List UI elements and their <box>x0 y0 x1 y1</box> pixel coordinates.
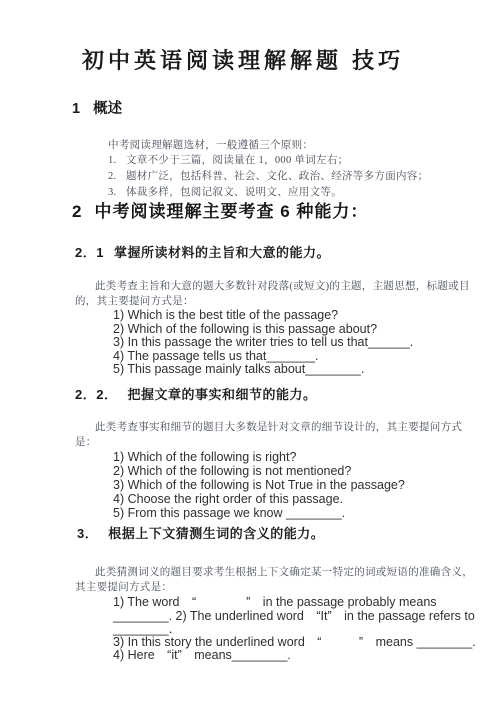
document-page: 初中英语阅读理解解题 技巧 1 概述 中考阅读理解题选材，一般遵循三个原则： 1… <box>0 0 500 707</box>
section-2-2-heading: 2．2． 把握文章的事实和细节的能力。 <box>75 387 480 403</box>
question-line: 4) The passage tells us that_______. <box>113 350 480 364</box>
section-3-question-list: 1) The word “ ” in the passage probably … <box>113 595 480 662</box>
section-3-number: 3． <box>77 526 98 542</box>
section-2-2-number: 2．2． <box>75 387 117 403</box>
question-line: 4) Choose the right order of this passag… <box>113 492 480 506</box>
question-line: 1) Which is the best title of the passag… <box>113 309 480 323</box>
section-2-2-title: 把握文章的事实和细节的能力。 <box>127 387 316 403</box>
section-2-1-number: 2．1 <box>75 245 104 261</box>
question-line: ________. 2) The underlined word “It” in… <box>113 609 480 623</box>
question-line: 3) Which of the following is Not True in… <box>113 478 480 492</box>
section-2-1-question-list: 1) Which is the best title of the passag… <box>113 309 480 377</box>
section-3-heading: 3． 根据上下文猜测生词的含义的能力。 <box>77 526 480 542</box>
section-2-1-title: 掌握所读材料的主旨和大意的能力。 <box>114 245 330 261</box>
list-item-number: 2. <box>108 169 126 185</box>
section-2-2-paragraph: 此类考查事实和细节的题目大多数是针对文章的细节设计的，其主要提问方式是： <box>75 420 481 450</box>
document-title: 初中英语阅读理解解题 技巧 <box>72 46 480 76</box>
list-item-text: 文章不少于三篇，阅读量在 1，000 单词左右； <box>126 153 348 169</box>
section-2-1-heading: 2．1 掌握所读材料的主旨和大意的能力。 <box>75 245 480 261</box>
section-1-intro: 中考阅读理解题选材，一般遵循三个原则： <box>108 138 480 153</box>
question-line: 3) In this story the underlined word “ ”… <box>113 636 480 649</box>
question-line: 1) Which of the following is right? <box>113 450 480 464</box>
section-1-heading: 1 概述 <box>72 99 480 119</box>
question-line: 3) In this passage the writer tries to t… <box>113 336 480 350</box>
list-item-number: 3. <box>108 185 126 201</box>
selection-principles-list: 1. 文章不少于三篇，阅读量在 1，000 单词左右； 2. 题材广泛，包括科普… <box>108 153 480 201</box>
list-item: 2. 题材广泛，包括科普、社会、文化、政治、经济等多方面内容； <box>108 169 480 185</box>
question-line: 2) Which of the following is this passag… <box>113 323 480 337</box>
section-3-paragraph: 此类猜测词义的题目要求考生根据上下文确定某一特定的词或短语的准确含义，其主要提问… <box>75 565 481 595</box>
question-line: 1) The word “ ” in the passage probably … <box>113 595 480 609</box>
list-item-number: 1. <box>108 153 126 169</box>
section-2-1-paragraph: 此类考查主旨和大意的题大多数针对段落(或短文)的主题，主题思想，标题或目的，其主… <box>75 279 481 309</box>
list-item-text: 体裁多样，包阅记叙文、说明文、应用文等。 <box>126 185 342 201</box>
section-2-number: 2 <box>72 201 82 223</box>
question-line: 2) Which of the following is not mention… <box>113 464 480 478</box>
list-item: 3. 体裁多样，包阅记叙文、说明文、应用文等。 <box>108 185 480 201</box>
question-line: 5) This passage mainly talks about______… <box>113 363 480 377</box>
section-3-title: 根据上下文猜测生词的含义的能力。 <box>108 526 324 542</box>
list-item-text: 题材广泛，包括科普、社会、文化、政治、经济等多方面内容； <box>126 169 428 185</box>
question-line: ________． <box>113 623 480 636</box>
section-1-number: 1 <box>72 99 80 119</box>
section-2-title: 中考阅读理解主要考查 6 种能力： <box>94 201 368 223</box>
question-line: 4) Here “it” means________. <box>113 649 480 662</box>
section-2-2-question-list: 1) Which of the following is right? 2) W… <box>113 450 480 520</box>
section-1-title: 概述 <box>93 99 122 119</box>
list-item: 1. 文章不少于三篇，阅读量在 1，000 单词左右； <box>108 153 480 169</box>
section-2-heading: 2 中考阅读理解主要考查 6 种能力： <box>72 201 480 223</box>
question-line: 5) From this passage we know ________. <box>113 506 480 520</box>
